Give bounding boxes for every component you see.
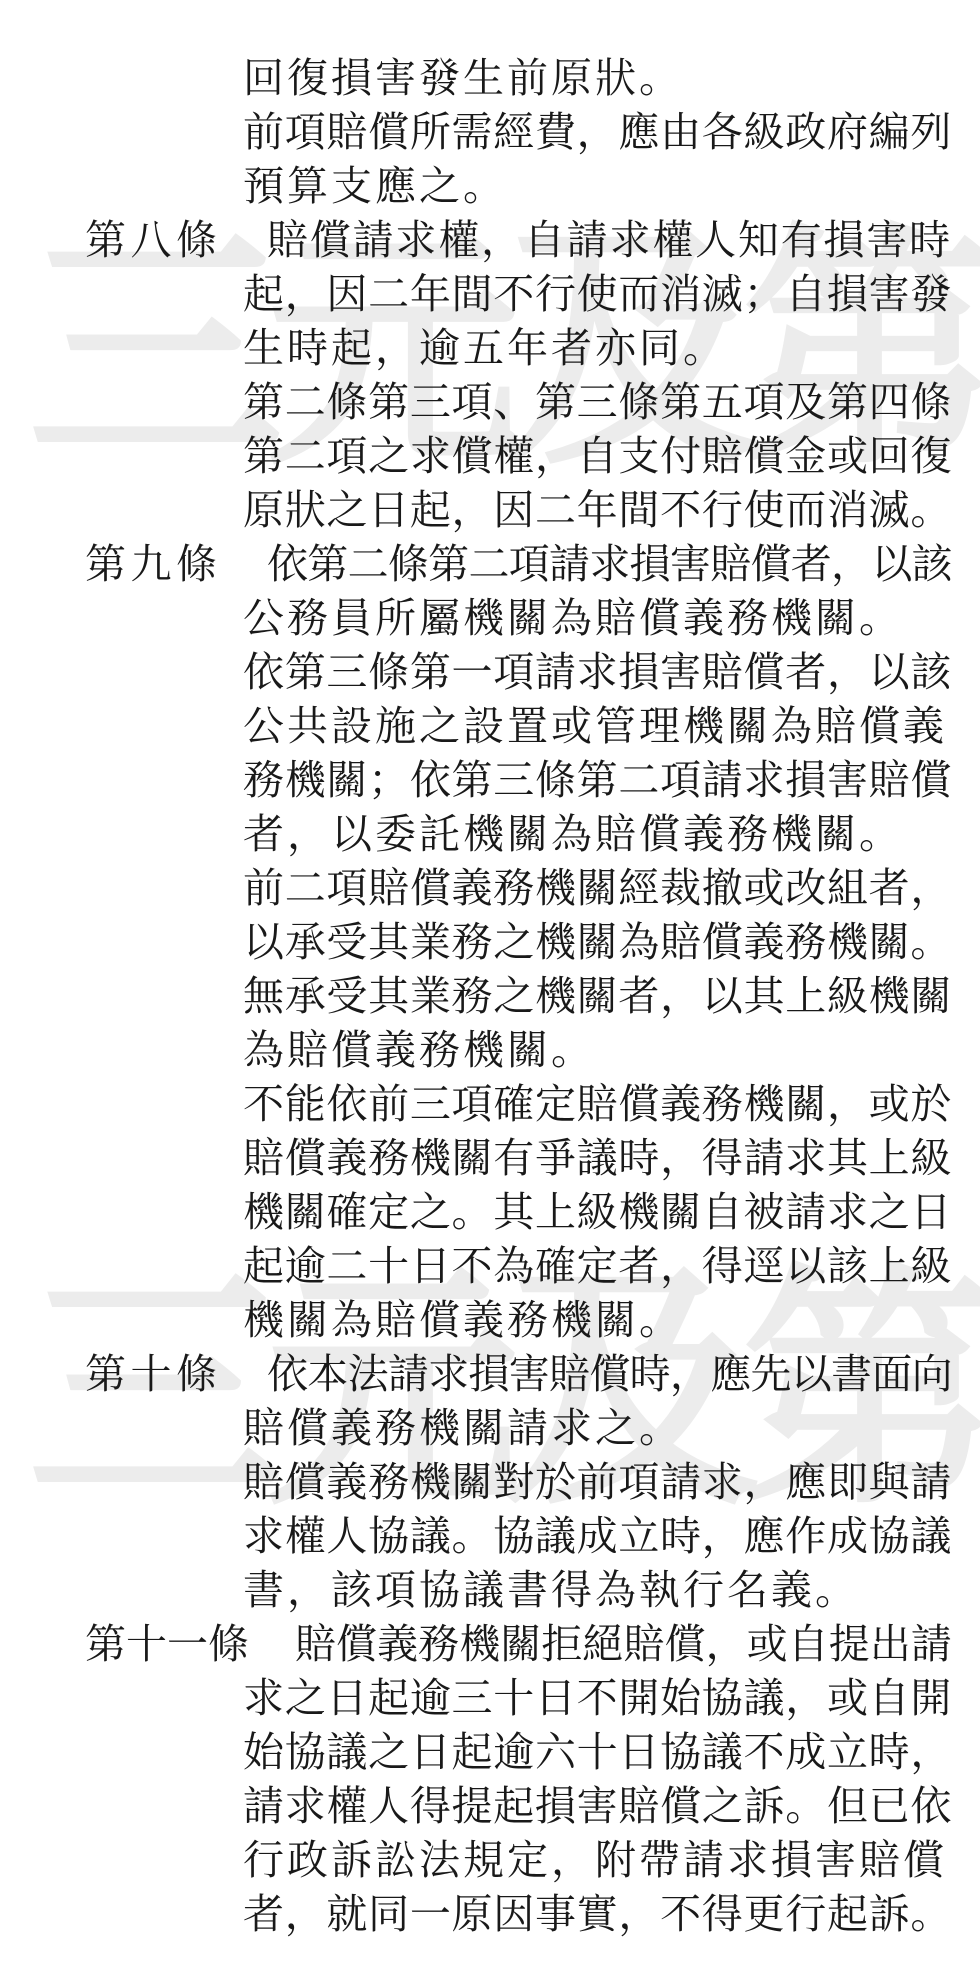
law-text-line: 第十條依本法請求損害賠償時，應先以書面向 — [0, 1347, 980, 1401]
line-text: 賠償義務機關拒絕賠償，或自提出請 — [295, 1617, 952, 1671]
law-text-line: 請求權人得提起損害賠償之訴。但已依 — [0, 1779, 980, 1833]
law-text-line: 賠償義務機關對於前項請求，應即與請 — [0, 1455, 980, 1509]
law-text-line: 依第三條第一項請求損害賠償者，以該 — [0, 645, 980, 699]
law-text-line: 回復損害發生前原狀。 — [0, 51, 980, 105]
law-text-line: 賠償義務機關有爭議時，得請求其上級 — [0, 1131, 980, 1185]
article-number-label: 第十條 — [85, 1347, 217, 1401]
law-text-line: 第二條第三項、第三條第五項及第四條 — [0, 375, 980, 429]
line-text: 公共設施之設置或管理機關為賠償義 — [243, 699, 947, 753]
law-text-line: 賠償義務機關請求之。 — [0, 1401, 980, 1455]
law-text-line: 公共設施之設置或管理機關為賠償義 — [0, 699, 980, 753]
law-text-line: 求之日起逾三十日不開始協議，或自開 — [0, 1671, 980, 1725]
law-text-line: 務機關；依第三條第二項請求損害賠償 — [0, 753, 980, 807]
article-number-label: 第十一條 — [85, 1617, 217, 1671]
line-text: 前項賠償所需經費，應由各級政府編列 — [243, 105, 952, 159]
line-text: 行政訴訟法規定，附帶請求損害賠償 — [243, 1833, 947, 1887]
law-text-line: 行政訴訟法規定，附帶請求損害賠償 — [0, 1833, 980, 1887]
law-text-line: 公務員所屬機關為賠償義務機關。 — [0, 591, 980, 645]
law-text-line: 機關確定之。其上級機關自被請求之日 — [0, 1185, 980, 1239]
line-text: 請求權人得提起損害賠償之訴。但已依 — [243, 1779, 952, 1833]
law-text-line: 預算支應之。 — [0, 159, 980, 213]
law-text-line: 起，因二年間不行使而消滅；自損害發 — [0, 267, 980, 321]
line-text: 始協議之日起逾六十日協議不成立時， — [243, 1725, 952, 1779]
line-text: 機關確定之。其上級機關自被請求之日 — [243, 1185, 952, 1239]
line-text: 求之日起逾三十日不開始協議，或自開 — [243, 1671, 952, 1725]
line-text: 賠償請求權，自請求權人知有損害時 — [267, 213, 952, 267]
line-text: 賠償義務機關對於前項請求，應即與請 — [243, 1455, 952, 1509]
law-text-line: 以承受其業務之機關為賠償義務機關。 — [0, 915, 980, 969]
line-text: 起逾二十日不為確定者，得逕以該上級 — [243, 1239, 952, 1293]
document-page: 三元及第 三元及第 回復損害發生前原狀。前項賠償所需經費，應由各級政府編列預算支… — [0, 0, 980, 1964]
law-text-block: 回復損害發生前原狀。前項賠償所需經費，應由各級政府編列預算支應之。第八條賠償請求… — [0, 51, 980, 1941]
line-text: 無承受其業務之機關者，以其上級機關 — [243, 969, 952, 1023]
law-text-line: 起逾二十日不為確定者，得逕以該上級 — [0, 1239, 980, 1293]
line-text: 生時起，逾五年者亦同。 — [243, 321, 727, 375]
article-number-label: 第九條 — [85, 537, 217, 591]
law-text-line: 者，就同一原因事實，不得更行起訴。 — [0, 1887, 980, 1941]
line-text: 賠償義務機關有爭議時，得請求其上級 — [243, 1131, 952, 1185]
line-text: 者，以委託機關為賠償義務機關。 — [243, 807, 903, 861]
law-text-line: 者，以委託機關為賠償義務機關。 — [0, 807, 980, 861]
law-text-line: 第十一條賠償義務機關拒絕賠償，或自提出請 — [0, 1617, 980, 1671]
law-text-line: 機關為賠償義務機關。 — [0, 1293, 980, 1347]
law-text-line: 求權人協議。協議成立時，應作成協議 — [0, 1509, 980, 1563]
line-text: 賠償義務機關請求之。 — [243, 1401, 683, 1455]
law-text-line: 為賠償義務機關。 — [0, 1023, 980, 1077]
line-text: 務機關；依第三條第二項請求損害賠償 — [243, 753, 952, 807]
law-text-line: 原狀之日起，因二年間不行使而消滅。 — [0, 483, 980, 537]
line-text: 預算支應之。 — [243, 159, 507, 213]
line-text: 原狀之日起，因二年間不行使而消滅。 — [243, 483, 952, 537]
line-text: 起，因二年間不行使而消滅；自損害發 — [243, 267, 952, 321]
line-text: 不能依前三項確定賠償義務機關，或於 — [243, 1077, 952, 1131]
line-text: 依本法請求損害賠償時，應先以書面向 — [267, 1347, 952, 1401]
line-text: 為賠償義務機關。 — [243, 1023, 595, 1077]
line-text: 依第三條第一項請求損害賠償者，以該 — [243, 645, 952, 699]
law-text-line: 第二項之求償權，自支付賠償金或回復 — [0, 429, 980, 483]
line-text: 第二條第三項、第三條第五項及第四條 — [243, 375, 952, 429]
line-text: 求權人協議。協議成立時，應作成協議 — [243, 1509, 952, 1563]
line-text: 公務員所屬機關為賠償義務機關。 — [243, 591, 903, 645]
article-number-label: 第八條 — [85, 213, 217, 267]
line-text: 以承受其業務之機關為賠償義務機關。 — [243, 915, 952, 969]
line-text: 機關為賠償義務機關。 — [243, 1293, 683, 1347]
law-text-line: 第八條賠償請求權，自請求權人知有損害時 — [0, 213, 980, 267]
line-text: 依第二條第二項請求損害賠償者，以該 — [267, 537, 952, 591]
law-text-line: 書，該項協議書得為執行名義。 — [0, 1563, 980, 1617]
line-text: 第二項之求償權，自支付賠償金或回復 — [243, 429, 952, 483]
law-text-line: 無承受其業務之機關者，以其上級機關 — [0, 969, 980, 1023]
law-text-line: 不能依前三項確定賠償義務機關，或於 — [0, 1077, 980, 1131]
law-text-line: 前二項賠償義務機關經裁撤或改組者， — [0, 861, 980, 915]
law-text-line: 前項賠償所需經費，應由各級政府編列 — [0, 105, 980, 159]
law-text-line: 第九條依第二條第二項請求損害賠償者，以該 — [0, 537, 980, 591]
law-text-line: 始協議之日起逾六十日協議不成立時， — [0, 1725, 980, 1779]
line-text: 者，就同一原因事實，不得更行起訴。 — [243, 1887, 952, 1941]
line-text: 書，該項協議書得為執行名義。 — [243, 1563, 859, 1617]
line-text: 回復損害發生前原狀。 — [243, 51, 683, 105]
line-text: 前二項賠償義務機關經裁撤或改組者， — [243, 861, 952, 915]
law-text-line: 生時起，逾五年者亦同。 — [0, 321, 980, 375]
